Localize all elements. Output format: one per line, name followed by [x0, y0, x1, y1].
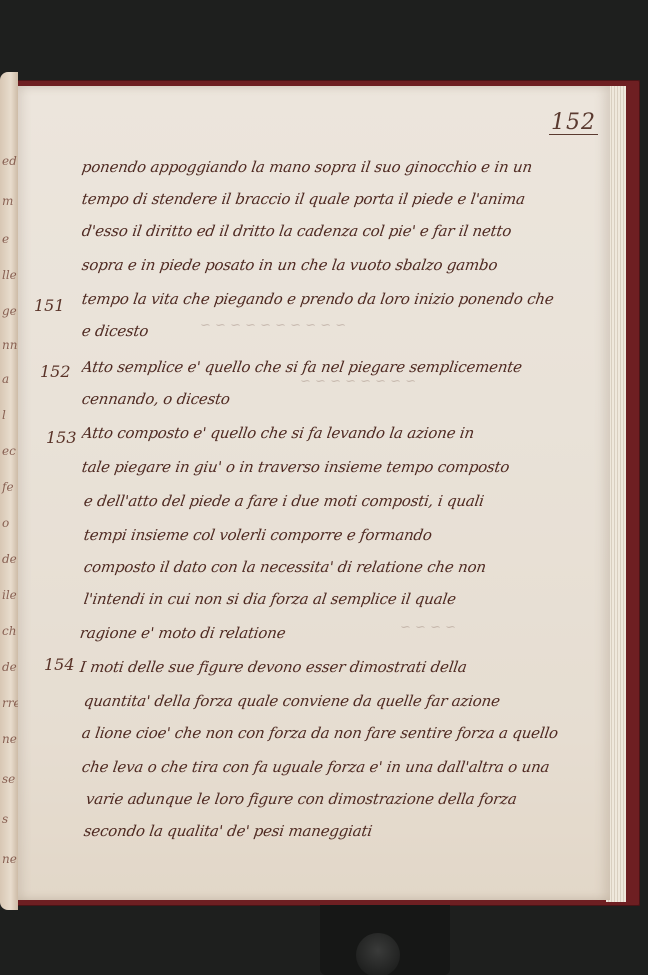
prev-page-fragment: ed [2, 154, 17, 168]
prev-page-fragment: a [2, 372, 9, 386]
text-line: a lione cioe' che non con forza da non f… [81, 724, 594, 742]
previous-page-edge: ed m e lle ge nn a l ec fe o de ile ch d… [0, 72, 18, 910]
folio-number: 152 [549, 112, 598, 135]
prev-page-fragment: s [2, 812, 8, 826]
prev-page-fragment: se [2, 772, 15, 786]
text-line: tempo la vita che piegando e prendo da l… [81, 290, 594, 308]
prev-page-fragment: ne [2, 732, 17, 746]
ink-bleed-through: ~ ~ ~ ~ ~ ~ ~ ~ [300, 374, 416, 389]
prev-page-fragment: ch [2, 624, 16, 638]
text-line: tempo di stendere il braccio il quale po… [81, 190, 594, 208]
text-line: I moti delle sue figure devono esser dim… [79, 658, 592, 676]
text-line: cennando, o dicesto [81, 390, 594, 408]
text-line: Atto composto e' quello che si fa levand… [81, 424, 594, 442]
prev-page-fragment: fe [2, 480, 14, 494]
prev-page-fragment: ne [2, 852, 17, 866]
book-cradle-stand [320, 905, 450, 975]
text-line: secondo la qualita' de' pesi maneggiati [83, 822, 596, 840]
margin-number: 154 [44, 655, 75, 674]
text-line: l'intendi in cui non si dia forza al sem… [83, 590, 596, 608]
text-line: sopra e in piede posato in un che la vuo… [81, 256, 594, 274]
text-line: d'esso il diritto ed il dritto la cadenz… [81, 222, 594, 240]
prev-page-fragment: ge [2, 304, 17, 318]
prev-page-fragment: lle [2, 268, 17, 282]
text-line: che leva o che tira con fa uguale forza … [81, 758, 594, 776]
text-line: quantita' della forza quale conviene da … [83, 692, 596, 710]
text-line: Atto semplice e' quello che si fa nel pi… [81, 358, 594, 376]
stand-knob [356, 933, 400, 975]
prev-page-fragment: o [2, 516, 9, 530]
text-line: tale piegare in giu' o in traverso insie… [81, 458, 594, 476]
text-line: composto il dato con la necessita' di re… [83, 558, 596, 576]
text-line: e dicesto [81, 322, 594, 340]
text-line: e dell'atto del piede a fare i due moti … [83, 492, 596, 510]
prev-page-fragment: de [2, 552, 17, 566]
prev-page-fragment: m [2, 194, 13, 208]
text-line: ponendo appoggiando la mano sopra il suo… [81, 158, 594, 176]
margin-number: 151 [34, 296, 65, 315]
prev-page-fragment: nn [2, 338, 17, 352]
prev-page-fragment: e [2, 232, 9, 246]
prev-page-fragment: de [2, 660, 17, 674]
prev-page-fragment: l [2, 408, 6, 422]
margin-number: 152 [40, 362, 71, 381]
prev-page-fragment: ec [2, 444, 16, 458]
margin-number: 153 [46, 428, 77, 447]
text-line: varie adunque le loro figure con dimostr… [85, 790, 598, 808]
text-line: tempi insieme col volerli comporre e for… [83, 526, 596, 544]
prev-page-fragment: rre [2, 696, 18, 710]
text-line: ragione e' moto di relatione [79, 624, 592, 642]
prev-page-fragment: ile [2, 588, 17, 602]
